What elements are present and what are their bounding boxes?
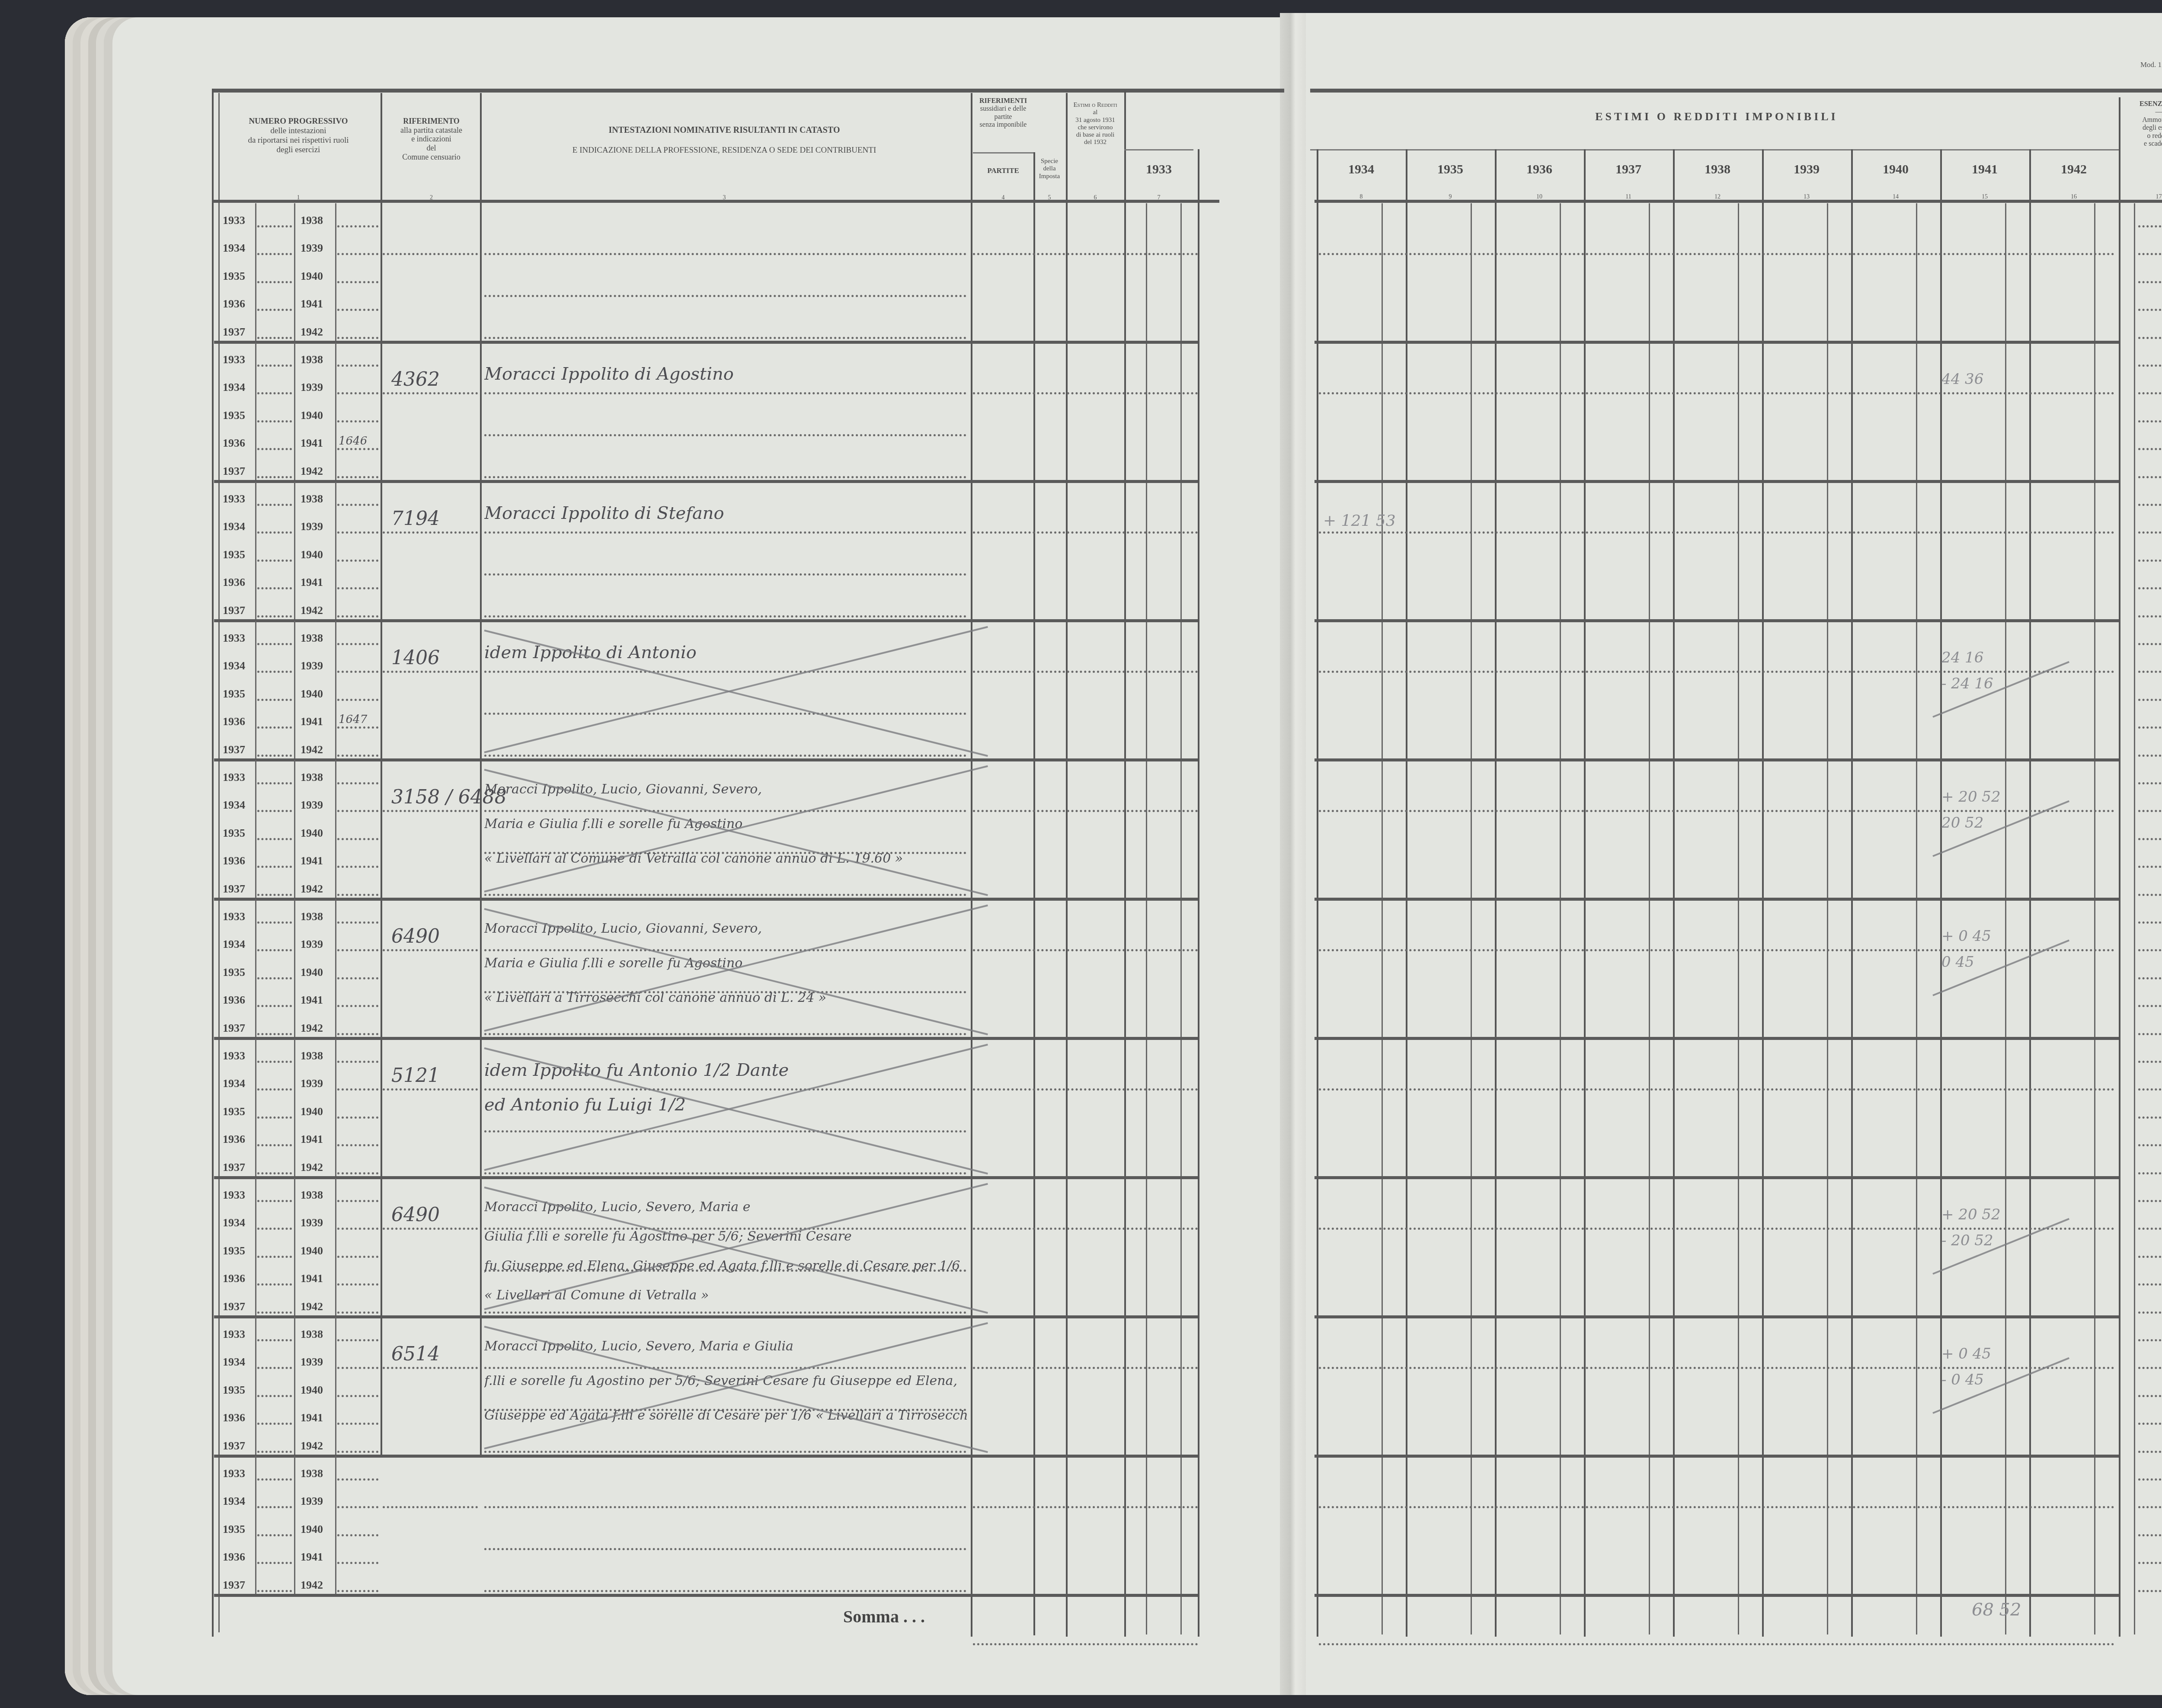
partita-number: 6490 — [391, 925, 440, 947]
dotted-leader — [2138, 225, 2162, 227]
dotted-leader — [2138, 1172, 2162, 1174]
year-label: 1936 — [223, 1133, 245, 1146]
col3-sub: E INDICAZIONE DELLA PROFESSIONE, RESIDEN… — [572, 146, 876, 155]
dotted-leader — [257, 755, 292, 757]
dotted-leader — [257, 782, 292, 784]
cents-divider — [1560, 203, 1561, 1634]
dotted-leader — [337, 1200, 378, 1202]
dotted-leader — [337, 1088, 378, 1091]
text-guide-line — [484, 531, 966, 534]
dotted-leader — [337, 1005, 378, 1007]
dotted-leader — [2138, 1451, 2162, 1453]
dotted-leader — [2138, 253, 2162, 255]
dotted-leader — [337, 1534, 378, 1536]
dotted-leader — [2138, 1033, 2162, 1035]
left-frame — [212, 89, 214, 1637]
col-divider — [1762, 149, 1764, 1637]
year-label: 1939 — [301, 938, 323, 951]
dotted-leader — [257, 1395, 292, 1397]
text-guide-line — [484, 1506, 966, 1508]
dotted-leader — [257, 1478, 292, 1481]
dotted-leader — [337, 671, 378, 673]
year-label: 1933 — [223, 1467, 245, 1480]
dotted-leader — [257, 281, 292, 283]
text-guide-line — [383, 1088, 478, 1091]
value-guide-line — [973, 392, 1198, 394]
dotted-leader — [337, 504, 378, 506]
dotted-leader — [257, 309, 292, 311]
dotted-leader — [2138, 699, 2162, 701]
dotted-leader — [337, 1144, 378, 1146]
year-label: 1941 — [301, 576, 323, 589]
dotted-leader — [337, 1339, 378, 1341]
col2-title: RIFERIMENTO — [403, 117, 460, 125]
col2-sub: e indicazioni — [411, 134, 451, 143]
dotted-leader — [257, 1172, 292, 1174]
year-divider — [335, 1317, 336, 1456]
value-1941: 24 16 — [1941, 649, 1983, 666]
text-guide-line — [484, 949, 966, 951]
dotted-leader — [2138, 977, 2162, 979]
year-label: 1933 — [223, 771, 245, 784]
year-label: 1937 — [223, 743, 245, 756]
year-divider — [294, 1317, 295, 1456]
cents-divider — [1738, 203, 1739, 1634]
col17-title: ESENZIONI — [2140, 100, 2162, 108]
year-label: 1940 — [301, 409, 323, 422]
year-label: 1935 — [223, 688, 245, 700]
dotted-leader — [337, 810, 378, 812]
year-label: 1938 — [301, 910, 323, 923]
year-label: 1936 — [223, 576, 245, 589]
year-header-1936: 1936 — [1495, 162, 1584, 177]
year-label: 1933 — [223, 1189, 245, 1202]
col7-cents-divider — [1180, 203, 1182, 1634]
col2-header: RIFERIMENTO alla partita catastale e ind… — [383, 117, 480, 161]
block-rule — [214, 898, 1198, 901]
text-guide-line — [383, 1367, 478, 1369]
dotted-leader — [2138, 671, 2162, 673]
block-rule — [1314, 480, 2119, 483]
year-label: 1942 — [301, 1300, 323, 1313]
somma-guide-line — [1319, 1643, 2114, 1645]
dotted-leader — [2138, 894, 2162, 896]
text-guide-line — [484, 810, 966, 812]
year-label: 1935 — [223, 270, 245, 283]
year-label: 1934 — [223, 1077, 245, 1090]
year-label: 1936 — [223, 1551, 245, 1564]
cents-divider — [1382, 203, 1383, 1634]
block-rule — [1314, 619, 2119, 622]
col-divider — [1406, 149, 1407, 1637]
dotted-leader — [337, 782, 378, 784]
text-guide-line — [484, 1451, 966, 1453]
dotted-leader — [337, 420, 378, 422]
dotted-leader — [2138, 281, 2162, 283]
text-guide-line — [484, 1172, 966, 1174]
dotted-leader — [2138, 1534, 2162, 1536]
dotted-leader — [337, 392, 378, 394]
text-guide-line — [383, 671, 478, 673]
dotted-leader — [2138, 1423, 2162, 1425]
value-guide-line — [1319, 253, 2114, 255]
dotted-leader — [2138, 309, 2162, 311]
year-divider — [335, 621, 336, 760]
dotted-leader — [337, 1033, 378, 1035]
value-1941: + 20 52 — [1941, 1206, 2001, 1223]
year-label: 1940 — [301, 688, 323, 700]
year-label: 1938 — [301, 1467, 323, 1480]
col45-sub: sussidiari e delle partite — [980, 105, 1027, 120]
progressivo-note: 1646 — [339, 435, 367, 448]
year-label: 1937 — [223, 604, 245, 617]
year-divider — [255, 760, 256, 899]
dotted-leader — [257, 560, 292, 562]
dotted-leader — [337, 726, 378, 729]
intestazione-line: ed Antonio fu Luigi 1/2 — [484, 1095, 686, 1115]
dotted-leader — [2138, 392, 2162, 394]
dotted-leader — [257, 949, 292, 951]
cents-divider — [1471, 203, 1472, 1634]
dotted-leader — [2138, 476, 2162, 478]
block-rule — [1314, 1455, 2119, 1458]
year-label: 1937 — [223, 1579, 245, 1592]
year-label: 1934 — [223, 1495, 245, 1508]
dotted-leader — [257, 587, 292, 589]
dotted-leader — [337, 253, 378, 255]
somma-label: Somma . . . — [843, 1606, 925, 1627]
col6-cents-divider — [1146, 203, 1147, 1634]
year-label: 1935 — [223, 409, 245, 422]
value-guide-line — [973, 1367, 1198, 1369]
value-1941: + 0 45 — [1941, 1345, 1991, 1363]
year-label: 1942 — [301, 604, 323, 617]
value-guide-line — [1319, 392, 2114, 394]
text-guide-line — [484, 1130, 966, 1132]
dotted-leader — [2138, 1506, 2162, 1508]
col5-title: della — [1043, 165, 1055, 172]
year-label: 1939 — [301, 1216, 323, 1229]
dotted-leader — [337, 755, 378, 757]
year-label: 1940 — [301, 827, 323, 840]
year-divider — [294, 760, 295, 899]
year-divider — [294, 203, 295, 342]
year-label: 1939 — [301, 1356, 323, 1369]
year-divider — [255, 1317, 256, 1456]
value-guide-line — [1319, 1088, 2114, 1091]
year-label: 1939 — [301, 1495, 323, 1508]
dotted-leader — [257, 504, 292, 506]
block-rule — [214, 480, 1198, 483]
text-guide-line — [383, 1228, 478, 1230]
dotted-leader — [257, 1005, 292, 1007]
year-divider — [335, 482, 336, 621]
year-label: 1934 — [223, 520, 245, 533]
dotted-leader — [2138, 615, 2162, 617]
dotted-leader — [2138, 1144, 2162, 1146]
dotted-leader — [337, 309, 378, 311]
dotted-leader — [2138, 504, 2162, 506]
text-guide-line — [383, 1506, 478, 1508]
dotted-leader — [337, 1061, 378, 1063]
form-model-label: Mod. 111 - Imposte Dirette (Intercalare)… — [2140, 61, 2162, 69]
text-guide-line — [484, 713, 966, 715]
col-divider — [2119, 97, 2120, 1637]
dotted-leader — [257, 1423, 292, 1425]
year-label: 1939 — [301, 381, 323, 394]
year-divider — [294, 621, 295, 760]
dotted-leader — [257, 810, 292, 812]
col-divider — [1198, 149, 1199, 1637]
year-label: 1942 — [301, 1022, 323, 1035]
intestazione-line: idem Ippolito di Antonio — [484, 643, 697, 662]
dotted-leader — [257, 1367, 292, 1369]
dotted-leader — [2138, 1283, 2162, 1286]
text-guide-line — [383, 253, 478, 255]
cents-divider — [2094, 203, 2095, 1634]
text-guide-line — [484, 434, 966, 436]
intestazione-line: Giuseppe ed Agata f.lli e sorelle di Ces… — [484, 1408, 969, 1423]
header-bottom-rule — [212, 200, 1219, 203]
year-divider — [255, 482, 256, 621]
dotted-leader — [337, 838, 378, 840]
year-header-1940: 1940 — [1851, 162, 1940, 177]
year-label: 1933 — [223, 910, 245, 923]
dotted-leader — [337, 560, 378, 562]
year-label: 1942 — [301, 465, 323, 478]
col17-dash: — — [2156, 108, 2162, 115]
col1-title: NUMERO PROGRESSIVO — [249, 117, 348, 126]
col2-sub: del — [427, 144, 436, 152]
col45-sub: senza imponibile — [980, 121, 1027, 128]
block-rule — [1314, 1037, 2119, 1040]
dotted-leader — [2138, 1367, 2162, 1369]
sub-rule — [973, 152, 1033, 154]
right-page — [1297, 13, 2162, 1695]
year-label: 1937 — [223, 1439, 245, 1452]
dotted-leader — [2138, 531, 2162, 534]
dotted-leader — [337, 1451, 378, 1453]
col-divider — [971, 93, 972, 1637]
dotted-leader — [257, 977, 292, 979]
dotted-leader — [257, 1311, 292, 1314]
block-rule — [1314, 898, 2119, 901]
year-label: 1934 — [223, 242, 245, 255]
year-label: 1941 — [301, 1272, 323, 1285]
year-label: 1942 — [301, 883, 323, 896]
value-guide-line — [973, 531, 1198, 534]
year-label: 1934 — [223, 381, 245, 394]
dotted-leader — [257, 699, 292, 701]
dotted-leader — [2138, 337, 2162, 339]
text-guide-line — [484, 392, 966, 394]
dotted-leader — [2138, 643, 2162, 645]
block-rule — [214, 1176, 1198, 1179]
dotted-leader — [337, 476, 378, 478]
intestazione-line: Moracci Ippolito, Lucio, Giovanni, Sever… — [484, 782, 762, 797]
year-header-1935: 1935 — [1406, 162, 1495, 177]
year-label: 1933 — [223, 214, 245, 227]
value-1941: 20 52 — [1941, 814, 1983, 832]
dotted-leader — [337, 1311, 378, 1314]
year-label: 1936 — [223, 854, 245, 867]
book-gutter — [1280, 13, 1306, 1695]
year-label: 1941 — [301, 437, 323, 450]
dotted-leader — [337, 1256, 378, 1258]
dotted-leader — [2138, 1228, 2162, 1230]
year-label: 1935 — [223, 548, 245, 561]
year-label: 1934 — [223, 1356, 245, 1369]
value-guide-line — [1319, 531, 2114, 534]
text-guide-line — [484, 1548, 966, 1550]
year-label: 1937 — [223, 465, 245, 478]
dotted-leader — [257, 1283, 292, 1286]
dotted-leader — [257, 1144, 292, 1146]
intestazione-line: Moracci Ippolito di Agostino — [484, 364, 734, 384]
dotted-leader — [257, 225, 292, 227]
year-divider — [294, 1456, 295, 1596]
year-divider — [294, 1039, 295, 1178]
dotted-leader — [257, 1088, 292, 1091]
text-guide-line — [484, 1033, 966, 1035]
dotted-leader — [337, 1395, 378, 1397]
intestazione-line: Moracci Ippolito, Lucio, Severo, Maria e… — [484, 1339, 793, 1354]
dotted-leader — [337, 281, 378, 283]
col5-header: Specie della Imposta — [1034, 158, 1065, 180]
year-label: 1938 — [301, 353, 323, 366]
year-label: 1938 — [301, 632, 323, 645]
year-label: 1933 — [223, 1049, 245, 1062]
year-label: 1942 — [301, 1579, 323, 1592]
dotted-leader — [2138, 1200, 2162, 1202]
year-label: 1939 — [301, 659, 323, 672]
year-label: 1937 — [223, 326, 245, 339]
intestazione-line: Moracci Ippolito, Lucio, Severo, Maria e — [484, 1199, 750, 1215]
value-1941: + 0 45 — [1941, 928, 1991, 945]
year-label: 1939 — [301, 520, 323, 533]
year-divider — [255, 342, 256, 482]
year-label: 1936 — [223, 1272, 245, 1285]
year-label: 1938 — [301, 771, 323, 784]
year-divider — [255, 1456, 256, 1596]
text-guide-line — [484, 615, 966, 617]
year-label: 1936 — [223, 994, 245, 1007]
col-divider — [1124, 91, 1126, 1637]
cents-divider — [2134, 203, 2135, 1634]
year-label: 1933 — [223, 493, 245, 505]
dotted-leader — [337, 866, 378, 868]
col45-title: RIFERIMENTI — [979, 97, 1027, 105]
dotted-leader — [2138, 560, 2162, 562]
dotted-leader — [337, 587, 378, 589]
year-label: 1942 — [301, 1439, 323, 1452]
year-label: 1938 — [301, 1189, 323, 1202]
value-guide-line — [1319, 949, 2114, 951]
year-label: 1935 — [223, 827, 245, 840]
value-guide-line — [1319, 1367, 2114, 1369]
text-guide-line — [484, 1367, 966, 1369]
year-label: 1940 — [301, 1244, 323, 1257]
block-rule — [1314, 1594, 2119, 1597]
text-guide-line — [484, 295, 966, 297]
year-label: 1937 — [223, 1022, 245, 1035]
somma-guide-line — [973, 1643, 1198, 1645]
col17-sub: degli estimi — [2143, 124, 2162, 131]
col-divider — [1066, 93, 1068, 1637]
year-label: 1934 — [223, 799, 245, 812]
value-1941: 0 45 — [1941, 953, 1974, 971]
year-label: 1936 — [223, 715, 245, 728]
dotted-leader — [257, 1061, 292, 1063]
year-divider — [335, 899, 336, 1039]
dotted-leader — [2138, 1590, 2162, 1592]
col45-header: RIFERIMENTI sussidiari e delle partite s… — [973, 97, 1033, 129]
sub-rule — [1310, 149, 2119, 150]
dotted-leader — [2138, 949, 2162, 951]
dotted-leader — [257, 866, 292, 868]
partita-number: 6514 — [391, 1343, 440, 1365]
dotted-leader — [337, 977, 378, 979]
dotted-leader — [2138, 448, 2162, 450]
year-label: 1941 — [301, 297, 323, 310]
value-1934: + 121 53 — [1323, 512, 1396, 530]
col17-sub: Ammontare — [2142, 116, 2162, 124]
col17-header-esenzioni: ESENZIONI — Ammontare degli estimi o red… — [2121, 100, 2162, 148]
top-rule — [212, 89, 1284, 93]
col6-header: Estimi o Redditi al 31 agosto 1931 che s… — [1067, 102, 1123, 147]
dotted-leader — [2138, 1478, 2162, 1481]
dotted-leader — [257, 921, 292, 924]
col-divider — [1033, 152, 1035, 1635]
dotted-leader — [2138, 1256, 2162, 1258]
year-divider — [335, 760, 336, 899]
year-label: 1936 — [223, 437, 245, 450]
dotted-leader — [257, 1562, 292, 1564]
dotted-leader — [2138, 1395, 2162, 1397]
year-label: 1938 — [301, 1328, 323, 1341]
text-guide-line — [484, 894, 966, 896]
year-label: 1941 — [301, 1411, 323, 1424]
year-label: 1933 — [223, 1328, 245, 1341]
year-label: 1940 — [301, 1105, 323, 1118]
dotted-leader — [337, 949, 378, 951]
dotted-leader — [257, 420, 292, 422]
year-divider — [255, 1039, 256, 1178]
year-label: 1941 — [301, 715, 323, 728]
dotted-leader — [337, 699, 378, 701]
cents-divider — [1916, 203, 1917, 1634]
year-label: 1935 — [223, 1105, 245, 1118]
col6-title: del 1932 — [1084, 139, 1107, 146]
year-label: 1934 — [223, 938, 245, 951]
year-label: 1933 — [223, 353, 245, 366]
year-header-1938: 1938 — [1673, 162, 1762, 177]
year-divider — [255, 899, 256, 1039]
dotted-leader — [2138, 866, 2162, 868]
block-rule — [1314, 758, 2119, 761]
year-divider — [335, 1039, 336, 1178]
year-label: 1941 — [301, 1133, 323, 1146]
intestazione-line: idem Ippolito fu Antonio 1/2 Dante — [484, 1060, 789, 1080]
year-label: 1936 — [223, 1411, 245, 1424]
col-divider — [480, 93, 482, 1457]
dotted-leader — [257, 1228, 292, 1230]
dotted-leader — [257, 448, 292, 450]
value-1941: - 0 45 — [1941, 1371, 1984, 1388]
dotted-leader — [257, 337, 292, 339]
col1-sub: degli esercizi — [277, 145, 320, 154]
dotted-leader — [2138, 1116, 2162, 1119]
